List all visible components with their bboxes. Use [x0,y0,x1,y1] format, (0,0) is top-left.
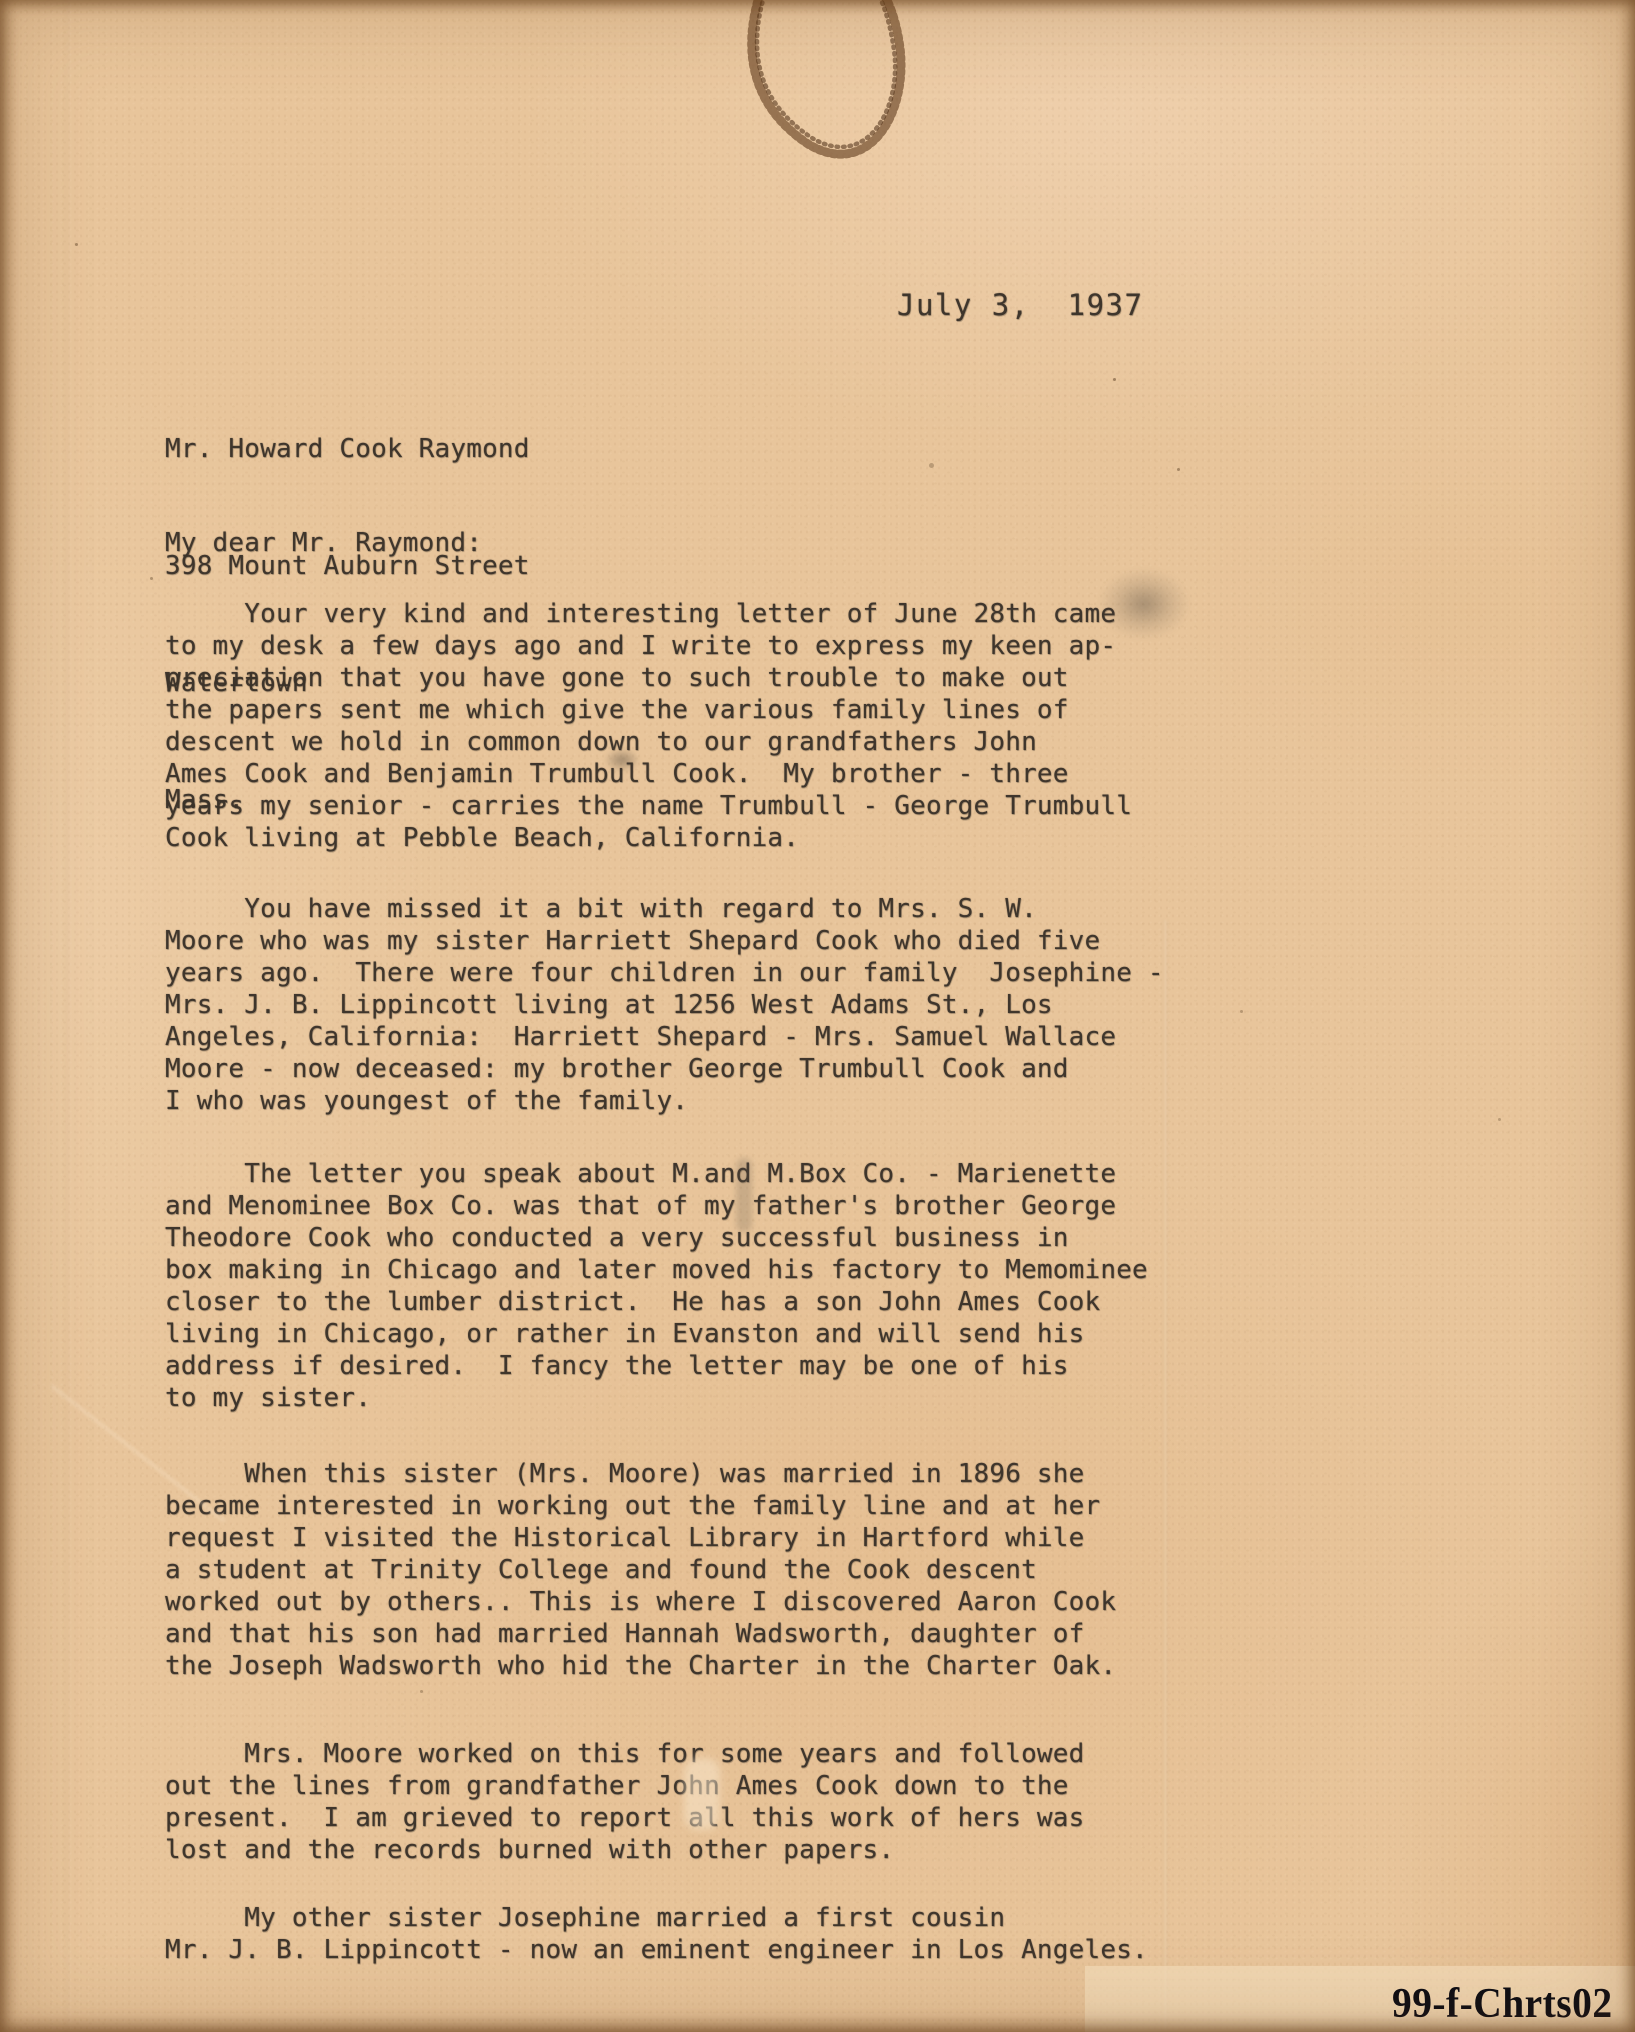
paper-specks [0,0,3,3]
paragraph-1: Your very kind and interesting letter of… [165,598,1132,854]
paragraph-3: The letter you speak about M.and M.Box C… [165,1158,1148,1414]
binder-string-loop [690,0,960,182]
salutation: My dear Mr. Raymond: [165,528,482,558]
paper-crease-left [66,0,70,2032]
scanned-letter-page: July 3, 1937 Mr. Howard Cook Raymond 398… [0,0,1635,2032]
paragraph-6: My other sister Josephine married a firs… [165,1902,1148,1966]
catalog-label: 99-f-Chrts02 [1392,1982,1613,2026]
paragraph-4: When this sister (Mrs. Moore) was marrie… [165,1458,1116,1682]
letter-date: July 3, 1937 [897,288,1143,322]
recipient-line-name: Mr. Howard Cook Raymond [165,430,530,469]
paragraph-2: You have missed it a bit with regard to … [165,893,1164,1117]
paragraph-5: Mrs. Moore worked on this for some years… [165,1738,1085,1866]
